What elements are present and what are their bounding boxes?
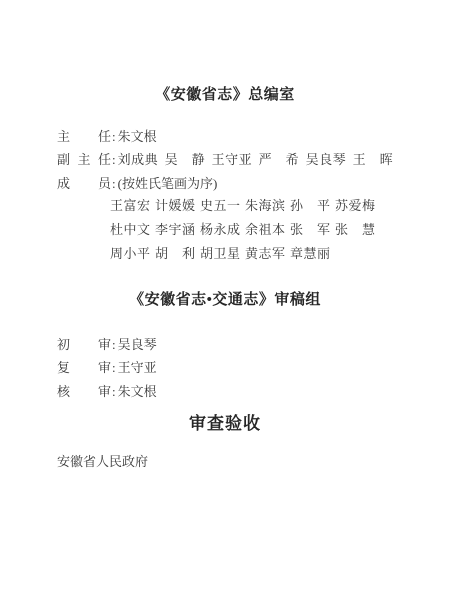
member-name: 胡卫星 — [200, 247, 240, 260]
member-name: 章慧丽 — [290, 247, 330, 260]
editorial-office-title: 《安徽省志》总编室 — [0, 87, 450, 104]
deputy-name: 严 希 — [259, 153, 299, 166]
approval-authority: 安徽省人民政府 — [57, 455, 410, 468]
member-name: 苏爱梅 — [335, 199, 375, 212]
member-name: 黄志军 — [245, 247, 285, 260]
member-name: 杨永成 — [200, 223, 240, 236]
member-name: 杜中文 — [110, 223, 150, 236]
deputy-name: 吴良琴 — [306, 153, 346, 166]
second-review-row: 复 审:王守亚 — [57, 361, 410, 374]
authority-name: 安徽省人民政府 — [57, 455, 148, 468]
member-names-row: 杜中文李宇涵杨永成余祖本张 军张 慧 — [110, 223, 430, 236]
deputy-directors-row: 副 主 任:刘成典吴 静王守亚严 希吴良琴王 晖 — [57, 153, 410, 166]
review-group-title: 《安徽省志•交通志》审稿组 — [0, 292, 450, 309]
second-reviewer-name: 王守亚 — [118, 361, 157, 374]
second-review-label: 复 审 — [57, 361, 111, 374]
member-names-row: 周小平胡 利胡卫星黄志军章慧丽 — [110, 247, 430, 260]
deputy-label: 副 主 任 — [57, 153, 111, 166]
deputy-name: 吴 静 — [165, 153, 205, 166]
member-name: 胡 利 — [155, 247, 195, 260]
member-name: 张 军 — [290, 223, 330, 236]
director-label: 主 任 — [57, 130, 111, 143]
member-name: 余祖本 — [245, 223, 285, 236]
colon-separator: : — [112, 361, 116, 374]
colon-separator: : — [112, 153, 116, 166]
member-name: 孙 平 — [290, 199, 330, 212]
first-reviewer-name: 吴良琴 — [118, 338, 157, 351]
colon-separator: : — [112, 177, 116, 190]
director-row: 主 任:朱文根 — [57, 130, 410, 143]
first-review-label: 初 审 — [57, 338, 111, 351]
members-sort-note: (按姓氏笔画为序) — [118, 177, 218, 190]
member-names-row: 王富宏计媛媛史五一朱海滨孙 平苏爱梅 — [110, 199, 430, 212]
member-name: 周小平 — [110, 247, 150, 260]
final-review-label: 核 审 — [57, 385, 111, 398]
members-label: 成 员 — [57, 177, 111, 190]
member-name: 史五一 — [200, 199, 240, 212]
director-name: 朱文根 — [118, 130, 157, 143]
colon-separator: : — [112, 338, 116, 351]
colon-separator: : — [112, 385, 116, 398]
member-name: 朱海滨 — [245, 199, 285, 212]
final-review-row: 核 审:朱文根 — [57, 385, 410, 398]
final-reviewer-name: 朱文根 — [118, 385, 157, 398]
members-row: 成 员:(按姓氏笔画为序) — [57, 177, 410, 190]
member-name: 计媛媛 — [155, 199, 195, 212]
member-name: 李宇涵 — [155, 223, 195, 236]
scanned-document-page: 《安徽省志》总编室 主 任:朱文根 副 主 任:刘成典吴 静王守亚严 希吴良琴王… — [0, 0, 450, 610]
member-name: 王富宏 — [110, 199, 150, 212]
deputy-name: 刘成典 — [118, 153, 158, 166]
approval-section-title: 审查验收 — [0, 415, 450, 434]
first-review-row: 初 审:吴良琴 — [57, 338, 410, 351]
colon-separator: : — [112, 130, 116, 143]
member-name: 张 慧 — [335, 223, 375, 236]
deputy-name: 王守亚 — [212, 153, 252, 166]
deputy-name: 王 晖 — [353, 153, 393, 166]
